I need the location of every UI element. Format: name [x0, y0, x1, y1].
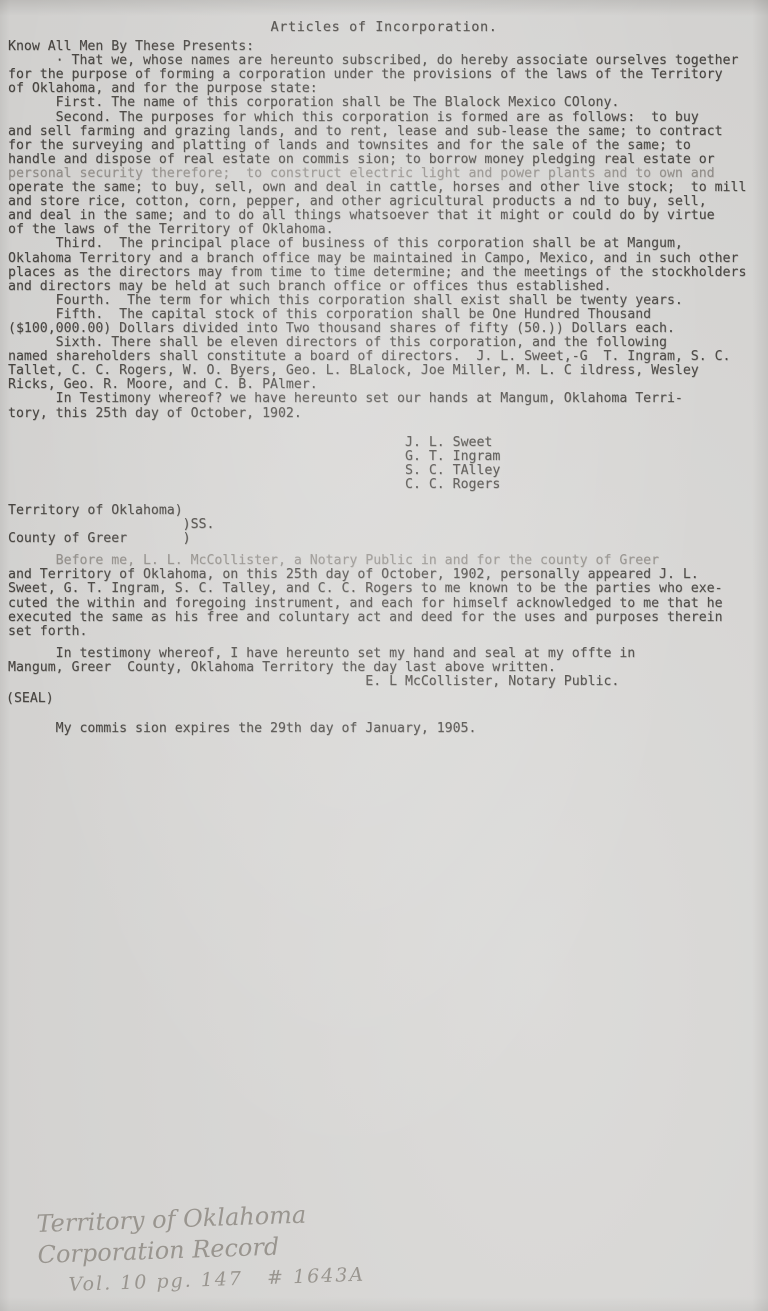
- text-line: places as the directors may from time to…: [8, 266, 768, 280]
- text-line: Fifth. The capital stock of this corpora…: [8, 308, 768, 322]
- text-line: operate the same; to buy, sell, own and …: [8, 181, 768, 195]
- document-title: Articles of Incorporation.: [0, 0, 768, 34]
- text-line: Sweet, G. T. Ingram, S. C. Talley, and C…: [8, 582, 768, 596]
- text-line: set forth.: [8, 625, 768, 639]
- text-line: E. L McCollister, Notary Public.: [8, 675, 768, 689]
- text-line: ($100,000.00) Dollars divided into Two t…: [8, 322, 768, 336]
- text-line: Fourth. The term for which this corporat…: [8, 294, 768, 308]
- text-line: Mangum, Greer County, Oklahoma Territory…: [8, 661, 768, 675]
- text-line: personal security therefore; to construc…: [8, 167, 768, 181]
- handwritten-line: Vol. 10 pg. 147 # 1643A: [68, 1264, 365, 1296]
- text-line: and directors may be held at such branch…: [8, 280, 768, 294]
- signature-block: J. L. SweetG. T. IngramS. C. TAlleyC. C.…: [405, 436, 768, 492]
- text-line: executed the same as his free and colunt…: [8, 611, 768, 625]
- text-line: Oklahoma Territory and a branch office m…: [8, 252, 768, 266]
- signature-name: G. T. Ingram: [405, 450, 768, 464]
- signature-name: J. L. Sweet: [405, 436, 768, 450]
- text-line: In testimony whereof, I have hereunto se…: [8, 647, 768, 661]
- text-line: County of Greer ): [8, 532, 768, 546]
- document-body: Know All Men By These Presents: · That w…: [0, 40, 768, 421]
- text-line: cuted the within and foregoing instrumen…: [8, 597, 768, 611]
- text-line: Third. The principal place of business o…: [8, 237, 768, 251]
- text-line: and sell farming and grazing lands, and …: [8, 125, 768, 139]
- archival-handwritten-note: Territory of Oklahoma Corporation Record…: [36, 1199, 365, 1297]
- text-line: In Testimony whereof? we have hereunto s…: [8, 392, 768, 406]
- text-line: Territory of Oklahoma): [8, 504, 768, 518]
- notary-closing: In testimony whereof, I have hereunto se…: [0, 647, 768, 689]
- scanned-document-page: Articles of Incorporation. Know All Men …: [0, 0, 768, 1311]
- venue-block: Territory of Oklahoma) )SS.County of Gre…: [0, 504, 768, 546]
- text-line: handle and dispose of real estate on com…: [8, 153, 768, 167]
- signature-name: S. C. TAlley: [405, 464, 768, 478]
- seal-note: (SEAL): [0, 692, 768, 706]
- text-line: Second. The purposes for which this corp…: [8, 111, 768, 125]
- text-line: tory, this 25th day of October, 1902.: [8, 407, 768, 421]
- signature-name: C. C. Rogers: [405, 478, 768, 492]
- text-line: First. The name of this corporation shal…: [8, 96, 768, 110]
- text-line: for the surveying and platting of lands …: [8, 139, 768, 153]
- notary-acknowledgment: Before me, L. L. McCollister, a Notary P…: [0, 554, 768, 639]
- commission-expiration: My commis sion expires the 29th day of J…: [0, 722, 768, 736]
